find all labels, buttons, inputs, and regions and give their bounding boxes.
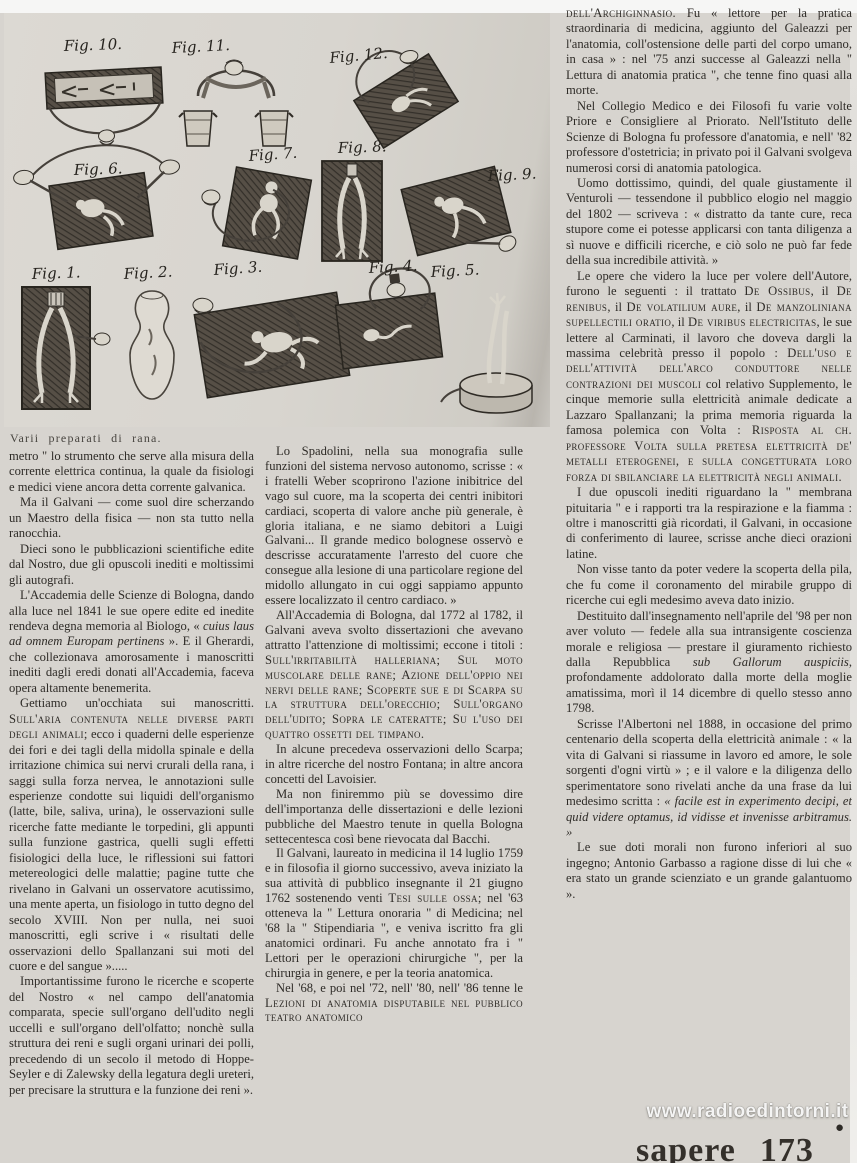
paragraph: Le opere che videro la luce per volere d…	[566, 269, 852, 485]
fig-2-illustration	[130, 291, 174, 399]
text-run: Lo Spadolini, nella sua monografia sulle…	[265, 444, 523, 607]
text-run: Sull'irritabilità halleriana; Sul moto m…	[265, 653, 523, 742]
fig-3-illustration	[190, 275, 350, 398]
watermark: www.radioedintorni.it	[645, 1101, 850, 1123]
paragraph: Le sue doti morali non furono inferiori …	[566, 840, 852, 902]
fig-2-label: Fig. 2.	[122, 262, 173, 283]
paragraph: All'Accademia di Bologna, dal 1772 al 17…	[265, 608, 523, 742]
column-right: dell'Archiginnasio. Fu « lettore per la …	[566, 6, 852, 1146]
text-run: De Ossibus	[744, 284, 810, 298]
fig-7-label: Fig. 7.	[247, 144, 298, 165]
fig-1-illustration	[22, 287, 110, 409]
fig-3-label: Fig. 3.	[212, 258, 263, 279]
fig-6-label: Fig. 6.	[73, 159, 123, 179]
fig-8-label: Fig. 8.	[337, 137, 387, 157]
paragraph: Lo Spadolini, nella sua monografia sulle…	[265, 444, 523, 608]
fig-10-illustration	[45, 67, 165, 148]
text-run: Ma non finiremmo più se dovessimo dire d…	[265, 787, 523, 846]
text-run: , il	[671, 315, 688, 329]
text-run: Le sue doti morali non furono inferiori …	[566, 840, 852, 900]
paragraph: Ma non finiremmo più se dovessimo dire d…	[265, 787, 523, 847]
text-run: Uomo dottissimo, quindi, del quale giust…	[566, 176, 852, 267]
paragraph: Scrisse l'Albertoni nel 1888, in occasio…	[566, 717, 852, 841]
text-run: Ma il Galvani — come suol dire scherzand…	[9, 495, 254, 540]
paragraph: L'Accademia delle Scienze di Bologna, da…	[9, 588, 254, 696]
fig-10-label: Fig. 10.	[63, 35, 123, 55]
fig-6-illustration	[11, 135, 189, 255]
text-run: Dieci sono le pubblicazioni scientifiche…	[9, 542, 254, 587]
text-run: Non visse tanto da poter vedere la scope…	[566, 562, 852, 607]
text-run: Gettiamo un'occhiata sui manoscritti.	[20, 696, 254, 710]
paragraph: Non visse tanto da poter vedere la scope…	[566, 562, 852, 608]
fig-9-label: Fig. 9.	[486, 164, 537, 185]
fig-5-label: Fig. 5.	[429, 260, 480, 281]
engraving-illustration: Fig. 10. Fig. 11. Fig. 12. Fig. 6. Fig. …	[4, 13, 550, 427]
text-run: All'Accademia di Bologna, dal 1772 al 17…	[265, 608, 523, 652]
frog-preparations-plate: Fig. 10. Fig. 11. Fig. 12. Fig. 6. Fig. …	[4, 13, 550, 427]
text-run: De volatilium aure	[626, 300, 737, 314]
paragraph: metro " lo strumento che serve alla misu…	[9, 449, 254, 495]
paragraph: Gettiamo un'occhiata sui manoscritti. Su…	[9, 696, 254, 974]
magazine-name: sapere	[636, 1132, 736, 1163]
text-run: I due opuscoli inediti riguardano la " m…	[566, 485, 852, 561]
text-run: dell'Archiginnasio.	[566, 6, 676, 20]
paragraph: I due opuscoli inediti riguardano la " m…	[566, 485, 852, 562]
figure-caption: Varii preparati di rana.	[10, 431, 162, 446]
fig-8-illustration	[322, 161, 382, 261]
fig-7-illustration	[193, 162, 312, 259]
text-run: metro " lo strumento che serve alla misu…	[9, 449, 254, 494]
page-footer: sapere173	[636, 1132, 814, 1163]
text-run: In alcune precedeva osservazioni dello S…	[265, 742, 523, 786]
text-run: Importantissime furono le ricerche e sco…	[9, 974, 254, 1096]
text-run: Nel '68, e poi nel '72, nell' '80, nell'…	[276, 981, 523, 995]
text-run: , il	[607, 300, 626, 314]
text-run: Nel Collegio Medico e dei Filosofi fu va…	[566, 99, 852, 175]
column-left: metro " lo strumento che serve alla misu…	[9, 449, 254, 1163]
text-run: , il	[811, 284, 837, 298]
paragraph: Nel Collegio Medico e dei Filosofi fu va…	[566, 99, 852, 176]
fig-1-label: Fig. 1.	[31, 263, 81, 283]
fig-4-illustration	[332, 265, 443, 369]
fig-5-illustration	[441, 293, 532, 413]
magazine-page: Fig. 10. Fig. 11. Fig. 12. Fig. 6. Fig. …	[0, 0, 857, 1163]
paragraph: Il Galvani, laureato in medicina il 14 l…	[265, 846, 523, 980]
fig-11-label: Fig. 11.	[170, 36, 230, 57]
text-run: , il	[737, 300, 756, 314]
paragraph: dell'Archiginnasio. Fu « lettore per la …	[566, 6, 852, 99]
text-run: Lezioni di anatomia disputabile nel pubb…	[265, 996, 523, 1025]
page-number: 173	[760, 1132, 814, 1163]
fig-4-label: Fig. 4.	[367, 256, 418, 277]
text-run: Tesi sulle ossa	[388, 891, 478, 905]
paragraph: Nel '68, e poi nel '72, nell' '80, nell'…	[265, 981, 523, 1026]
fig-11-illustration	[179, 60, 293, 146]
fig-12-label: Fig. 12.	[328, 44, 389, 67]
text-run: sub Gallorum auspiciis	[693, 655, 849, 669]
paragraph: Dieci sono le pubblicazioni scientifiche…	[9, 542, 254, 588]
text-run: De viribus electricitas	[688, 315, 817, 329]
text-run: ; ecco i quaderni delle esperienze dei f…	[9, 727, 254, 973]
paragraph: Ma il Galvani — come suol dire scherzand…	[9, 495, 254, 541]
paragraph: In alcune precedeva osservazioni dello S…	[265, 742, 523, 787]
paragraph: Destituito dall'insegnamento nell'aprile…	[566, 609, 852, 717]
column-middle: Lo Spadolini, nella sua monografia sulle…	[265, 444, 523, 1163]
paragraph: Importantissime furono le ricerche e sco…	[9, 974, 254, 1098]
paragraph: Uomo dottissimo, quindi, del quale giust…	[566, 176, 852, 269]
